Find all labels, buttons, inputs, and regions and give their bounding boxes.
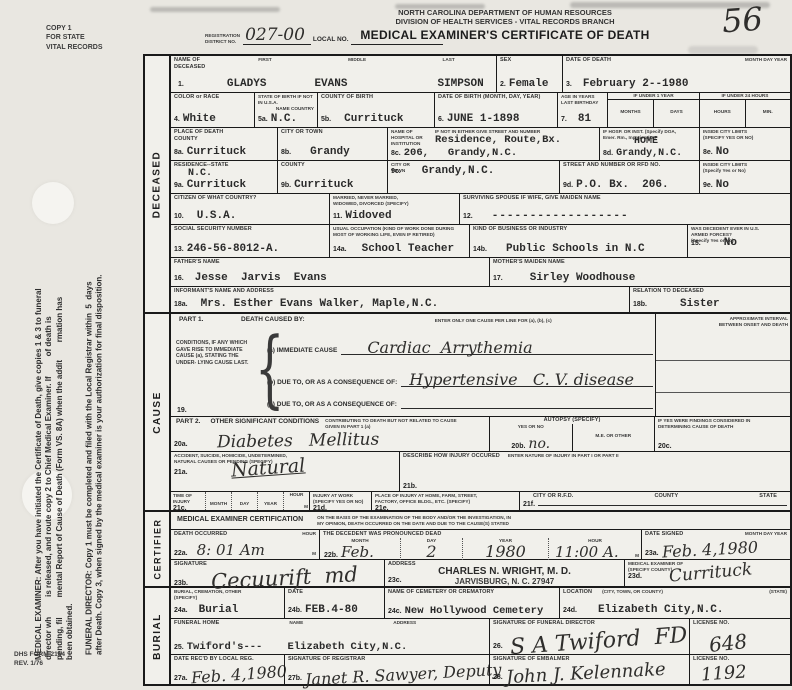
- how-injury-sublabel: ENTER NATURE OF INJURY IN PART I OR PART…: [508, 453, 619, 459]
- citizen-label: CITIZEN OF WHAT COUNTRY?: [174, 195, 326, 202]
- spouse-value-line: 12.------------------: [463, 211, 787, 223]
- citizen-value: U.S.A.: [197, 211, 237, 223]
- funeral-director-number: 26.: [493, 643, 503, 650]
- age-label2: LAST BIRTHDAY: [561, 100, 604, 106]
- ssn-label: SOCIAL SECURITY NUMBER: [174, 226, 326, 233]
- death-occurred-labels: DEATH OCCURRED HOUR: [174, 531, 316, 538]
- how-injury-label: DESCRIBE HOW INJURY OCCURED: [403, 453, 500, 460]
- burial-location-labels: LOCATION (CITY, TOWN, OR COUNTY) (STATE): [563, 589, 787, 596]
- occupation-value-line: 14a.School Teacher: [333, 244, 466, 256]
- injury-state-label: STATE: [759, 493, 777, 500]
- dob-value-line: 6.JUNE 1-1898: [438, 114, 554, 126]
- field-burial-type: BURIAL, CREMATION, OTHER (SPECIFY) 24a.B…: [171, 588, 284, 618]
- injury-location-value-line: 21f.: [523, 501, 787, 509]
- registrar-value: Janet R. Sawyer, Deputy: [305, 662, 502, 688]
- embalmer-value-line: 28.John J. Kelennake: [493, 665, 686, 683]
- residence-street-label: STREET AND NUMBER OR RFD NO.: [563, 162, 696, 169]
- industry-value-line: 14b.Public Schools in N.C: [473, 244, 684, 256]
- immediate-cause-underline: Cardiac Arrythemia: [341, 340, 653, 355]
- field-father: FATHER'S NAME 16.Jesse Jarvis Evans: [171, 258, 489, 286]
- age-value-line: 7.81: [561, 114, 604, 126]
- deceased-strip-label: DECEASED: [152, 150, 163, 218]
- if-hosp-value-line: 8d.Grandy,N.C.: [603, 149, 696, 160]
- me-address-line1: CHARLES N. WRIGHT, M. D.: [388, 566, 621, 577]
- last-label: LAST: [443, 57, 455, 71]
- industry-number: 14b.: [473, 246, 487, 253]
- place-of-injury-number: 21e.: [375, 505, 389, 512]
- cob-label: COUNTY OF BIRTH: [321, 94, 431, 101]
- name-last-value: SIMPSON: [437, 79, 483, 91]
- death-occurred-value-line: 22a. 8: 01 Am M: [174, 543, 316, 558]
- field-funeral-director-signature: SIGNATURE OF FUNERAL DIRECTOR 26.S A Twi…: [489, 619, 689, 654]
- burial-date-label: DATE: [288, 589, 381, 596]
- row-registrar: DATE REC'D BY LOCAL REG. 27a.Feb. 4,1980…: [171, 654, 790, 684]
- me-address-stamp: CHARLES N. WRIGHT, M. D. JARVISBURG, N. …: [388, 566, 621, 583]
- funeral-home-label: FUNERAL HOME: [174, 620, 219, 627]
- dod-sublabel: MONTH DAY YEAR: [745, 57, 787, 64]
- me-address-number: 23c.: [388, 577, 402, 584]
- death-occurred-label: DEATH OCCURRED: [174, 531, 227, 538]
- under-24-hours-label: IF UNDER 24 HOURS: [700, 93, 790, 100]
- burial-date-value: FEB.4-80: [305, 605, 358, 617]
- me-note-line2: director wh is released, and route copy …: [45, 60, 55, 660]
- burial-strip-label: BURIAL: [152, 613, 163, 660]
- field-name-labels: NAME OF DECEASED FIRST MIDDLE LAST: [174, 57, 493, 71]
- row-injury-details: TIME OF INJURY 21c. MONTH DAY YEAR HOURM…: [171, 491, 790, 510]
- certification-note1: ON THE BASIS OF THE EXAMINATION OF THE B…: [317, 515, 511, 521]
- death-occurred-hour-label: HOUR: [302, 531, 316, 538]
- pronounced-number: 22b.: [324, 552, 338, 559]
- row-burial-type: BURIAL, CREMATION, OTHER (SPECIFY) 24a.B…: [171, 588, 790, 618]
- residence-county-number: 9b.: [281, 182, 291, 189]
- field-state-of-birth: STATE OF BIRTH IF NOT IN U.S.A. NAME COU…: [254, 93, 317, 127]
- dod-label: DATE OF DEATH: [566, 57, 611, 64]
- field-license2: LICENSE NO. 1192: [689, 655, 790, 684]
- burial-location-sub2: (STATE): [769, 589, 787, 596]
- field-date-of-death: DATE OF DEATH MONTH DAY YEAR 3.February …: [562, 56, 790, 92]
- field-me-of-county: MEDICAL EXAMINER OF (SPECIFY COUNTY) 23d…: [624, 560, 790, 586]
- burial-type-value-line: 24a.Burial: [174, 605, 281, 617]
- field-death-city: CITY OR TOWN 8b.Grandy: [277, 128, 387, 160]
- spouse-value: ------------------: [492, 211, 629, 223]
- place-of-injury-value-line: 21e.: [375, 505, 516, 509]
- cause-line-b: (b) DUE TO, OR AS A CONSEQUENCE OF: Hype…: [267, 358, 653, 390]
- death-county-value-line: 8a.Currituck: [174, 147, 274, 159]
- informant-label: INFORMANT'S NAME AND ADDRESS: [174, 288, 626, 295]
- dob-value: JUNE 1-1898: [447, 114, 520, 126]
- me-signature-number: 23b.: [174, 580, 188, 587]
- ssn-number: 13.: [174, 246, 184, 253]
- sex-value-line: 2.Female: [500, 79, 559, 91]
- citizen-value-line: 10.U.S.A.: [174, 211, 326, 223]
- residence-city-limits-value: No: [716, 180, 729, 192]
- injury-day-col: DAY: [231, 492, 257, 510]
- time-of-injury-number: 21c.: [173, 505, 200, 512]
- row-manner: ACCIDENT, SUICIDE, HOMICIDE, UNDETERMINE…: [171, 451, 790, 491]
- row-birth: COLOR or RACE 4.White STATE OF BIRTH IF …: [171, 92, 790, 127]
- field-hospital: NAME OF HOSPITAL OR INSTITUTION IF NOT I…: [387, 128, 599, 160]
- industry-label: KIND OF BUSINESS OR INDUSTRY: [473, 226, 684, 233]
- fd-note-line2: after Death. Copy 3, when signed by the …: [95, 65, 105, 655]
- death-city-limits-value: No: [716, 147, 729, 159]
- field-if-hosp: IF HOSP. OR INST. (Specify DOA, Emer. Rm…: [599, 128, 699, 160]
- relation-label: RELATION TO DECEASED: [633, 288, 787, 295]
- injury-year-label: YEAR: [264, 501, 277, 506]
- field-date-signed: DATE SIGNED MONTH DAY YEAR 23a.Feb. 4,19…: [641, 530, 790, 559]
- embalmer-number: 28.: [493, 674, 503, 681]
- race-value: White: [183, 114, 216, 126]
- race-number: 4.: [174, 116, 180, 123]
- section-deceased: DECEASED NAME OF DECEASED FIRST MIDDLE: [145, 56, 790, 312]
- deceased-content: NAME OF DECEASED FIRST MIDDLE LAST 1.: [171, 56, 790, 312]
- due-to-c-underline: [401, 408, 653, 409]
- hospital-number: 8c.: [391, 150, 401, 157]
- death-county-value: Currituck: [187, 147, 246, 159]
- funeral-director-value-line: 26.S A Twiford FD: [493, 631, 686, 653]
- burial-type-number: 24a.: [174, 607, 188, 614]
- copy-label-line3: VITAL RECORDS: [46, 43, 103, 52]
- residence-street-value: P.O. Bx. 206.: [576, 180, 668, 192]
- other-conditions-value-line: 20a. Diabetes Mellitus: [174, 433, 486, 450]
- license1-label: LICENSE NO.: [693, 620, 787, 627]
- marital-label2: WIDOWED, DIVORCED (SPECIFY): [333, 201, 456, 207]
- death-city-limits-label2: (SPECIFY YES OR NO): [703, 135, 787, 141]
- burial-location-sub1: (CITY, TOWN, OR COUNTY): [602, 589, 663, 596]
- field-residence-street: STREET AND NUMBER OR RFD NO. 9d.P.O. Bx.…: [559, 161, 699, 193]
- sob-label1: STATE OF BIRTH IF NOT IN U.S.A.: [258, 94, 314, 106]
- mother-value-line: 17.Sirley Woodhouse: [493, 273, 787, 285]
- autopsy-cols: YES OR NO 20b.no. M.E. OR OTHER: [490, 424, 654, 451]
- cause-line-a: (a) IMMEDIATE CAUSE Cardiac Arrythemia: [267, 330, 653, 358]
- death-city-number: 8b.: [281, 149, 291, 156]
- sob-value: N.C.: [271, 114, 297, 126]
- if-hosp-value1: HOME: [634, 137, 658, 148]
- row-ssn-occupation: SOCIAL SECURITY NUMBER 13.246-56-8012-A.…: [171, 224, 790, 257]
- field-autopsy: AUTOPSY (SPECIFY) YES OR NO 20b.no. M.E.…: [489, 417, 654, 451]
- injury-year-col: YEAR: [257, 492, 283, 510]
- burial-date-value-line: 24b.FEB.4-80: [288, 605, 381, 617]
- cause-number-19: 19.: [177, 407, 187, 414]
- death-city-limits-number: 8e.: [703, 149, 713, 156]
- certification-note: ON THE BASIS OF THE EXAMINATION OF THE B…: [317, 515, 511, 527]
- field-time-of-injury: TIME OF INJURY 21c. MONTH DAY YEAR HOURM: [171, 492, 309, 510]
- row-funeral-home: FUNERAL HOME NAME ADDRESS 25.Twiford's--…: [171, 618, 790, 654]
- field-me-signature: SIGNATURE 23b.Cecuurift md: [171, 560, 384, 586]
- registration-label: REGISTRATION DISTRICT NO.: [205, 33, 240, 45]
- field-other-conditions: PART 2. OTHER SIGNIFICANT CONDITIONS CON…: [171, 417, 489, 451]
- death-city-label: CITY OR TOWN: [281, 129, 384, 136]
- residence-state-value-line: 9a.Currituck: [174, 180, 274, 192]
- certification-heading: MEDICAL EXAMINER CERTIFICATION: [177, 516, 303, 524]
- industry-value: Public Schools in N.C: [506, 244, 645, 256]
- funeral-home-address-label: ADDRESS: [393, 620, 416, 627]
- cob-number: 5b.: [321, 116, 331, 123]
- date-received-label: DATE REC'D BY LOCAL REG.: [174, 656, 281, 663]
- funeral-home-labels: FUNERAL HOME NAME ADDRESS: [174, 620, 486, 627]
- scanned-death-certificate: COPY 1 FOR STATE VITAL RECORDS REGISTRAT…: [0, 0, 792, 690]
- immediate-cause-value: Cardiac Arrythemia: [367, 340, 532, 356]
- funeral-home-value: Twiford's--- Elizabeth City,N.C.: [187, 642, 408, 653]
- autopsy-number: 20b.: [511, 443, 525, 450]
- form-revision: REV. 1/76: [14, 659, 65, 668]
- hospital-right: IF NOT IN EITHER GIVE STREET AND NUMBER …: [435, 129, 596, 147]
- if-hosp-value2: Grandy,N.C.: [616, 149, 682, 160]
- field-how-injury: DESCRIBE HOW INJURY OCCURED ENTER NATURE…: [399, 452, 790, 491]
- form-header: NORTH CAROLINA DEPARTMENT OF HUMAN RESOU…: [340, 8, 670, 42]
- other-conditions-sub1: CONTRIBUTING TO DEATH BUT NOT RELATED TO…: [325, 418, 456, 424]
- date-signed-value-line: 23a.Feb. 4,1980: [645, 542, 787, 558]
- how-injury-number: 21b.: [403, 483, 417, 490]
- race-label: COLOR or RACE: [174, 94, 251, 101]
- me-of-value: Currituck: [668, 561, 752, 585]
- under-24-hours-min: MIN.: [745, 100, 791, 127]
- death-county-label2: COUNTY: [174, 136, 274, 143]
- name-middle-value: EVANS: [314, 79, 347, 91]
- field-injury-at-work: INJURY AT WORK (SPECIFY YES OR NO) 21d.: [309, 492, 371, 510]
- injury-hour-label: HOUR: [284, 492, 309, 498]
- conditions-brace: {: [255, 326, 284, 410]
- dod-number: 3.: [566, 81, 572, 88]
- residence-city-limits-label2: (Specify Yes or No): [703, 168, 787, 174]
- me-signature-value-line: 23b.Cecuurift md: [174, 568, 381, 585]
- me-note-line4: been obtained.: [65, 60, 75, 660]
- under-one-year-label: IF UNDER 1 YEAR: [608, 93, 699, 100]
- death-city-value-line: 8b.Grandy: [281, 147, 384, 159]
- informant-value-line: 18a.Mrs. Esther Evans Walker, Maple,N.C.: [174, 299, 626, 311]
- due-to-c-label: (c) DUE TO, OR AS A CONSEQUENCE OF:: [267, 401, 397, 409]
- residence-city-value: Grandy,N.C.: [422, 166, 495, 178]
- due-to-b-label: (b) DUE TO, OR AS A CONSEQUENCE OF:: [267, 379, 397, 387]
- injury-hour-col: HOURM: [283, 492, 309, 510]
- name-label-line1: NAME OF: [174, 57, 220, 64]
- residence-city-number: 9c.: [391, 168, 401, 175]
- occupation-label2: MOST OF WORKING LIFE, EVEN IF RETIRED): [333, 232, 466, 238]
- burial-location-label: LOCATION: [563, 589, 592, 596]
- informant-number: 18a.: [174, 301, 188, 308]
- burial-date-number: 24b.: [288, 607, 302, 614]
- field-cemetery: NAME OF CEMETERY OR CREMATORY 24c.New Ho…: [384, 588, 559, 618]
- deceased-strip: DECEASED: [145, 56, 171, 312]
- relation-value: Sister: [680, 299, 720, 311]
- under-24-hours-cols: HOURS MIN.: [700, 100, 790, 127]
- injury-county-label: COUNTY: [654, 493, 678, 500]
- manner-number: 21a.: [174, 469, 188, 476]
- hospital-top: NAME OF HOSPITAL OR INSTITUTION IF NOT I…: [391, 129, 596, 147]
- death-county-number: 8a.: [174, 149, 184, 156]
- spouse-label: SURVIVING SPOUSE IF WIFE, GIVE MAIDEN NA…: [463, 195, 787, 202]
- death-occurred-value: 8: 01 Am: [197, 543, 265, 558]
- residence-county-value-line: 9b.Currituck: [281, 180, 384, 192]
- injury-location-number: 21f.: [523, 501, 535, 508]
- sex-value: Female: [509, 79, 549, 91]
- date-signed-value: Feb. 4,1980: [661, 539, 758, 560]
- autopsy-value: no.: [528, 437, 550, 451]
- row-informant: INFORMANT'S NAME AND ADDRESS 18a.Mrs. Es…: [171, 286, 790, 312]
- injury-meridiem-label: M: [284, 504, 309, 510]
- field-name: NAME OF DECEASED FIRST MIDDLE LAST 1.: [171, 56, 496, 92]
- first-label: FIRST: [258, 57, 272, 71]
- date-signed-labels: DATE SIGNED MONTH DAY YEAR: [645, 531, 787, 538]
- me-of-value-line: 23d.Currituck: [628, 565, 787, 582]
- pronounced-hour-col: HOUR11:00 A.M: [548, 538, 641, 560]
- death-city-limits-value-line: 8e.No: [703, 147, 787, 159]
- father-value: Jesse Jarvis Evans: [195, 273, 327, 285]
- burial-location-number: 24d.: [563, 607, 577, 614]
- field-me-address: ADDRESS CHARLES N. WRIGHT, M. D. JARVISB…: [384, 560, 624, 586]
- injury-month-label: MONTH: [210, 501, 227, 506]
- residence-street-value-line: 9d.P.O. Bx. 206.: [563, 180, 696, 192]
- death-county-label1: PLACE OF DEATH: [174, 129, 274, 136]
- date-signed-number: 23a.: [645, 550, 659, 557]
- residence-city-value-line: 9c.Grandy,N.C.: [391, 166, 556, 178]
- field-informant: INFORMANT'S NAME AND ADDRESS 18a.Mrs. Es…: [171, 287, 629, 312]
- field-under-24-hours: IF UNDER 24 HOURS HOURS MIN.: [699, 93, 790, 127]
- license2-value: 1192: [700, 663, 747, 684]
- burial-type-label2: (SPECIFY): [174, 595, 281, 601]
- findings-number: 20c.: [658, 443, 672, 450]
- injury-city-rfd-label: CITY OR R.F.D.: [533, 493, 573, 500]
- date-received-number: 27a.: [174, 675, 188, 682]
- sex-number: 2.: [500, 81, 506, 88]
- other-conditions-value: Diabetes Mellitus: [216, 432, 379, 452]
- field-death-county: PLACE OF DEATH COUNTY 8a.Currituck: [171, 128, 277, 160]
- residence-city-limits-number: 9e.: [703, 182, 713, 189]
- funeral-home-name-label: NAME: [289, 620, 303, 627]
- mother-label: MOTHER'S MAIDEN NAME: [493, 259, 787, 266]
- me-note-line1: MEDICAL EXAMINER: After you have initiat…: [34, 60, 44, 660]
- field-citizen: CITIZEN OF WHAT COUNTRY? 10.U.S.A.: [171, 194, 329, 224]
- hospital-value-line2-wrap: 8c.206, Grandy,N.C.: [391, 148, 596, 159]
- pronounced-month-col: MONTH22b.Feb.: [320, 538, 400, 560]
- name-label-line2: DECEASED: [174, 64, 220, 71]
- certifier-content: MEDICAL EXAMINER CERTIFICATION ON THE BA…: [171, 512, 790, 586]
- other-conditions-labels: PART 2. OTHER SIGNIFICANT CONDITIONS CON…: [174, 418, 486, 430]
- citizen-number: 10.: [174, 213, 184, 220]
- hospital-value-line2: 206, Grandy,N.C.: [404, 148, 517, 159]
- cemetery-number: 24c.: [388, 608, 402, 615]
- autopsy-value-line: 20b.no.: [490, 437, 572, 451]
- field-burial-date: DATE 24b.FEB.4-80: [284, 588, 384, 618]
- field-injury-location: CITY OR R.F.D. COUNTY STATE 21f.: [519, 492, 790, 510]
- pronounced-hour-value: 11:00 A.: [555, 545, 619, 560]
- other-conditions-number: 20a.: [174, 441, 188, 448]
- certifier-strip-label: CERTIFIER: [152, 518, 162, 579]
- days-label: DAYS: [670, 109, 683, 114]
- autopsy-label: AUTOPSY (SPECIFY): [490, 417, 654, 424]
- cause-content: APPROXIMATE INTERVAL BETWEEN ONSET AND D…: [171, 314, 790, 510]
- license2-value-line: 1192: [693, 665, 787, 683]
- cause-line-c: (c) DUE TO, OR AS A CONSEQUENCE OF:: [267, 390, 653, 412]
- informant-value: Mrs. Esther Evans Walker, Maple,N.C.: [201, 299, 439, 311]
- other-conditions-label: OTHER SIGNIFICANT CONDITIONS: [210, 418, 319, 430]
- injury-month-col: MONTH: [205, 492, 231, 510]
- field-under-one-year: IF UNDER 1 YEAR MONTHS DAYS: [607, 93, 699, 127]
- department-line2: DIVISION OF HEALTH SERVICES - VITAL RECO…: [340, 17, 670, 26]
- injury-day-label: DAY: [240, 501, 249, 506]
- cemetery-value: New Hollywood Cemetery: [405, 606, 544, 617]
- if-hosp-number: 8d.: [603, 150, 613, 157]
- field-occupation: USUAL OCCUPATION (KIND OF WORK DONE DURI…: [329, 225, 469, 257]
- field-place-of-injury: PLACE OF INJURY AT HOME, FARM, STREET, F…: [371, 492, 519, 510]
- field-death-city-limits: INSIDE CITY LIMITS (SPECIFY YES OR NO) 8…: [699, 128, 790, 160]
- residence-state-value: Currituck: [187, 180, 246, 192]
- armed-forces-number: 15.: [691, 240, 701, 247]
- cause-part1-group: APPROXIMATE INTERVAL BETWEEN ONSET AND D…: [171, 314, 790, 416]
- hours-label: HOURS: [714, 109, 731, 114]
- field-industry: KIND OF BUSINESS OR INDUSTRY 14b.Public …: [469, 225, 687, 257]
- section-cause: CAUSE APPROXIMATE INTERVAL BETWEEN ONSET…: [145, 312, 790, 510]
- injury-at-work-number: 21d.: [313, 505, 327, 512]
- middle-label: MIDDLE: [348, 57, 366, 71]
- certifier-strip: CERTIFIER: [145, 512, 171, 586]
- hospital-value-line1: Residence, Route,Bx.: [435, 135, 596, 146]
- cause-strip-label: CAUSE: [152, 391, 163, 434]
- how-injury-labels: DESCRIBE HOW INJURY OCCURED ENTER NATURE…: [403, 453, 787, 460]
- residence-street-number: 9d.: [563, 182, 573, 189]
- registrar-number: 27b.: [288, 675, 302, 682]
- field-marital-status: MARRIED, NEVER MARRIED, WIDOWED, DIVORCE…: [329, 194, 459, 224]
- death-occurred-number: 22a.: [174, 550, 188, 557]
- name-value-line: 1. GLADYS EVANS SIMPSON: [174, 79, 493, 91]
- mother-value: Sirley Woodhouse: [530, 273, 636, 285]
- pronounced-label: THE DECEDENT WAS PRONOUNCED DEAD: [320, 530, 641, 538]
- burial-type-value: Burial: [199, 605, 239, 617]
- copy-label-line1: COPY 1: [46, 24, 103, 33]
- license1-value-line: 648: [693, 633, 787, 653]
- manner-value: Natural: [230, 456, 305, 480]
- occupation-number: 14a.: [333, 246, 347, 253]
- dob-label: DATE OF BIRTH (MONTH, DAY, YEAR): [438, 94, 554, 101]
- interval-label2: BETWEEN ONSET AND DEATH: [658, 322, 788, 328]
- field-relation: RELATION TO DECEASED 18b.Sister: [629, 287, 790, 312]
- field-sex: SEX 2.Female: [496, 56, 562, 92]
- hospital-label3: INSTITUTION: [391, 141, 435, 147]
- field-manner: ACCIDENT, SUICIDE, HOMICIDE, UNDETERMINE…: [171, 452, 399, 491]
- field-surviving-spouse: SURVIVING SPOUSE IF WIFE, GIVE MAIDEN NA…: [459, 194, 790, 224]
- fd-note-line1: FUNERAL DIRECTOR: Copy 1 must be complet…: [85, 65, 95, 655]
- dod-labels: DATE OF DEATH MONTH DAY YEAR: [566, 57, 787, 64]
- months-label: MONTHS: [620, 109, 640, 114]
- form-number: DHS FORM 2164: [14, 650, 65, 659]
- cob-value: Currituck: [344, 114, 403, 126]
- sob-label2: NAME COUNTRY: [258, 106, 314, 112]
- field-residence-city: CITY OR TOWN 9c.Grandy,N.C.: [387, 161, 559, 193]
- residence-state-pre-value: N.C.: [188, 169, 274, 180]
- scan-smudge: [688, 46, 758, 54]
- cause-header-row: PART 1. DEATH CAUSED BY: ENTER ONLY ONE …: [171, 314, 653, 330]
- scan-smudge: [150, 7, 280, 12]
- marital-number: 11.: [333, 213, 342, 220]
- due-to-b-value: Hypertensive C. V. disease: [409, 372, 634, 388]
- embalmer-value: John J. Kelennake: [505, 661, 665, 687]
- injury-at-work-value-line: 21d.: [313, 505, 368, 509]
- field-registrar-signature: SIGNATURE OF REGISTRAR 27b.Janet R. Sawy…: [284, 655, 489, 684]
- field-funeral-home: FUNERAL HOME NAME ADDRESS 25.Twiford's--…: [171, 619, 489, 654]
- form-title: MEDICAL EXAMINER'S CERTIFICATE OF DEATH: [340, 28, 670, 42]
- how-injury-value-line: 21b.: [403, 483, 787, 490]
- autopsy-yes-no-col: YES OR NO 20b.no.: [490, 424, 572, 451]
- row-pronounced: DEATH OCCURRED HOUR 22a. 8: 01 Am M THE …: [171, 529, 790, 559]
- sob-number: 5a.: [258, 116, 268, 123]
- one-cause-note: ENTER ONLY ONE CAUSE PER LINE FOR (a), (…: [435, 318, 552, 330]
- funeral-home-number: 25.: [174, 644, 184, 651]
- field-residence-county: COUNTY 9b.Currituck: [277, 161, 387, 193]
- field-embalmer-signature: SIGNATURE OF EMBALMER 28.John J. Kelenna…: [489, 655, 689, 684]
- part1-label: PART 1.: [179, 316, 241, 330]
- row-part2: PART 2. OTHER SIGNIFICANT CONDITIONS CON…: [171, 416, 790, 451]
- relation-value-line: 18b.Sister: [633, 299, 787, 311]
- dod-value: February 2--1980: [583, 79, 689, 91]
